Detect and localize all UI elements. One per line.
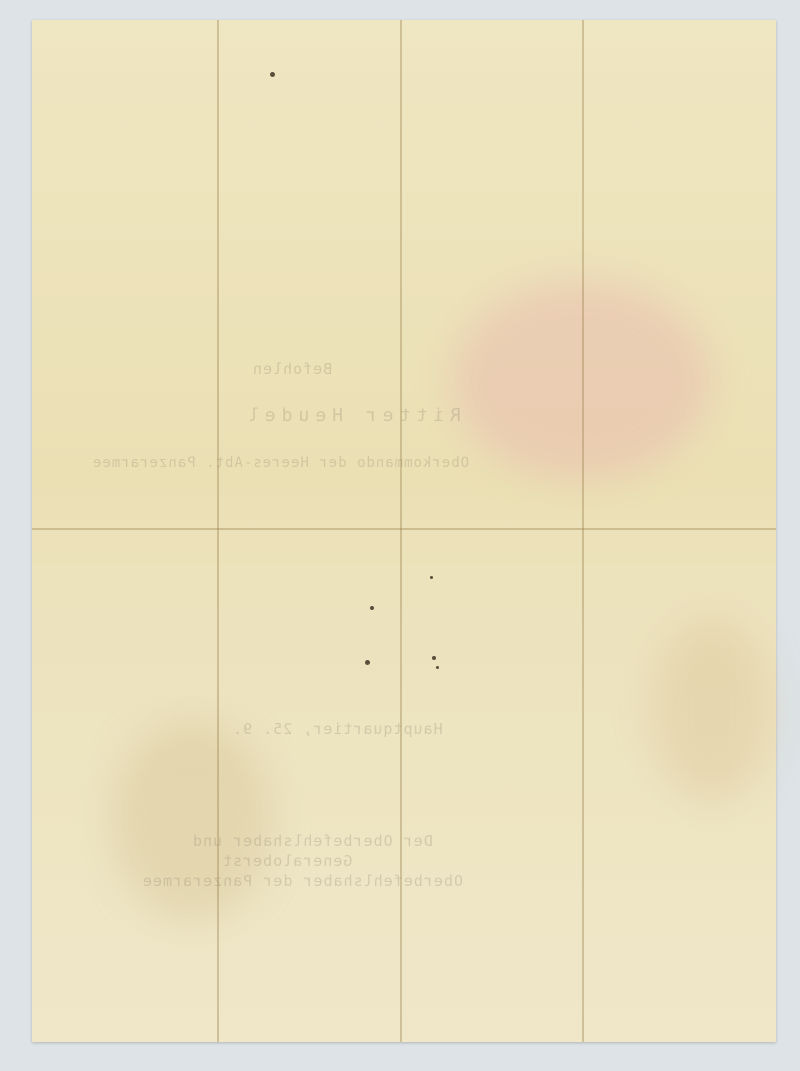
ink-spot bbox=[365, 660, 370, 665]
show-through-line: Hauptquartier, 25. 9. bbox=[232, 720, 443, 738]
show-through-line: Befohlen bbox=[252, 360, 332, 378]
ink-spot bbox=[430, 576, 433, 579]
ink-spot bbox=[370, 606, 374, 610]
ink-spot bbox=[270, 72, 275, 77]
ink-spot bbox=[436, 666, 439, 669]
show-through-line: Oberkommando der Heeres-Abt. Panzerarmee bbox=[92, 455, 469, 471]
brown-stain bbox=[652, 620, 772, 800]
fold-line bbox=[582, 20, 584, 1042]
show-through-line: Der Oberbefehlshaber und bbox=[192, 832, 433, 850]
show-through-line: Oberbefehlshaber der Panzerarmee bbox=[142, 872, 463, 890]
ink-spot bbox=[432, 656, 436, 660]
yellow-stain bbox=[112, 720, 272, 920]
show-through-line: Ritter Heudel bbox=[242, 405, 461, 426]
fold-line bbox=[32, 528, 776, 530]
show-through-line: Generaloberst bbox=[222, 852, 352, 870]
paper-document: Befohlen Ritter Heudel Oberkommando der … bbox=[32, 20, 776, 1042]
